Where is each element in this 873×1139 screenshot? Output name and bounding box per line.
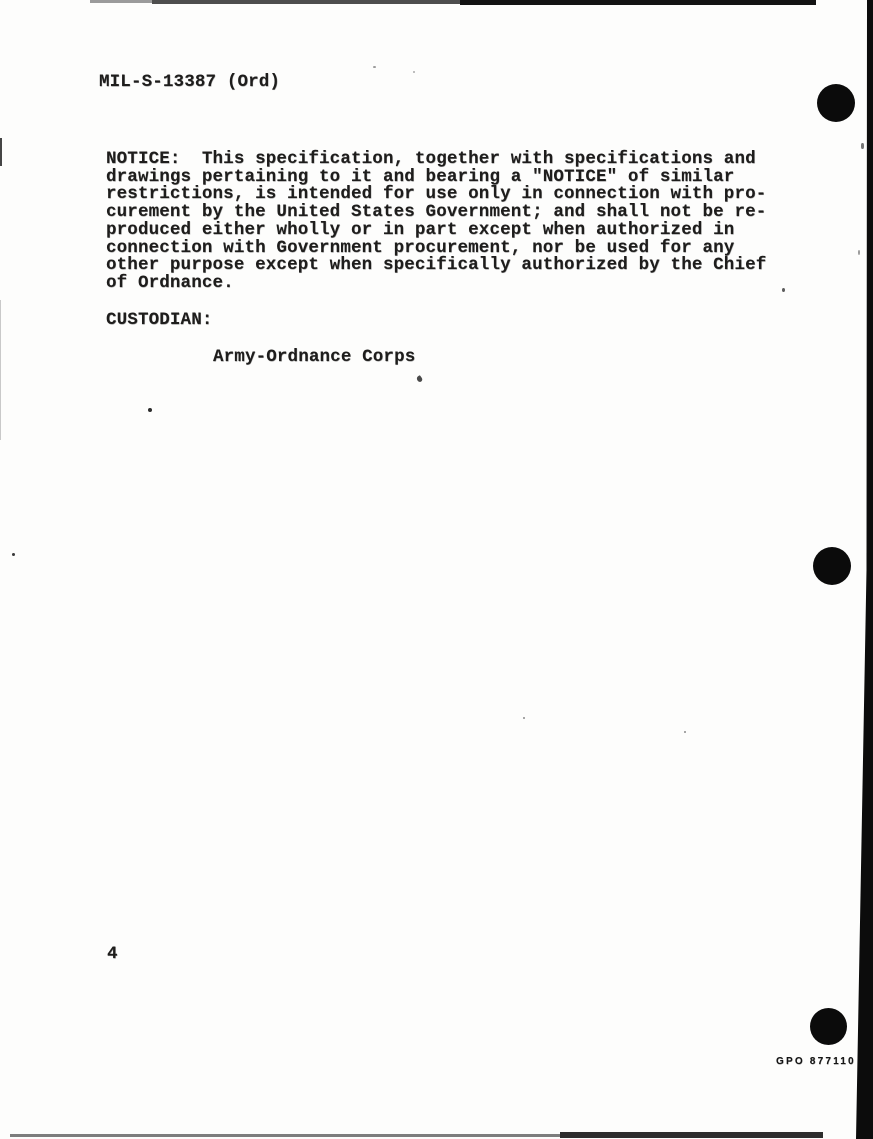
ink-speck xyxy=(684,731,686,733)
ink-speck xyxy=(858,250,860,255)
spec-number: MIL-S-13387 (Ord) xyxy=(99,74,280,92)
scanned-document-page: MIL-S-13387 (Ord) NOTICE: This specifica… xyxy=(0,0,873,1139)
custodian-heading: CUSTODIAN: xyxy=(106,312,213,330)
scan-artifact-left-edge xyxy=(0,138,2,166)
gpo-printer-code: GPO 877110 xyxy=(776,1056,856,1067)
ink-speck xyxy=(373,66,376,68)
scan-artifact-right-edge xyxy=(856,0,873,1139)
scan-artifact-bottom-edge xyxy=(10,1134,562,1137)
ink-speck xyxy=(523,717,525,719)
ink-speck xyxy=(416,375,424,383)
scan-artifact-bottom-edge xyxy=(560,1132,823,1138)
ink-speck xyxy=(413,71,415,73)
scan-artifact-top-edge xyxy=(152,0,460,4)
ink-speck xyxy=(782,288,785,292)
punch-hole xyxy=(817,84,855,122)
scan-artifact-left-edge xyxy=(0,300,1,440)
custodian-value: Army-Ordnance Corps xyxy=(213,349,415,367)
ink-speck xyxy=(861,143,864,149)
punch-hole xyxy=(813,547,851,585)
scan-artifact-top-edge xyxy=(90,0,152,3)
punch-hole xyxy=(810,1008,847,1045)
ink-speck xyxy=(12,553,15,556)
notice-paragraph: NOTICE: This specification, together wit… xyxy=(106,151,766,293)
scan-artifact-top-edge xyxy=(460,0,816,5)
page-number: 4 xyxy=(107,946,118,964)
ink-speck xyxy=(148,408,152,412)
